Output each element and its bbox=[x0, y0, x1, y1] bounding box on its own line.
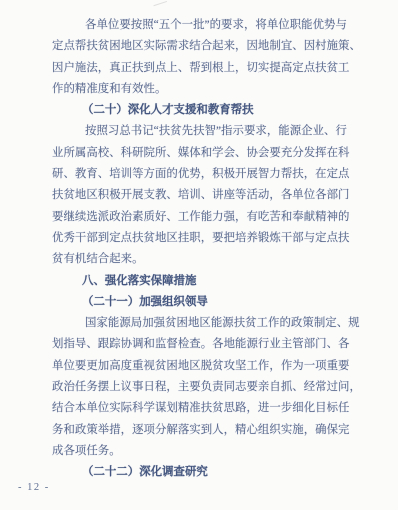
section-heading: （二十）深化人才支援和教育帮扶 bbox=[52, 100, 364, 121]
body-line: 务和政策举措，逐项分解落实到人，精心组织实施，确保完 bbox=[52, 420, 364, 441]
section-heading: （二十二）深化调查研究 bbox=[52, 462, 364, 483]
document-body: 各单位要按照“五个一批”的要求，将单位职能优势与 定点帮扶贫困地区实际需求结合起… bbox=[52, 15, 364, 484]
body-line: 研、教育、培训等方面的优势，积极开展智力帮扶，在定点 bbox=[52, 164, 364, 185]
body-line: 按照习总书记“扶贫先扶智”指示要求，能源企业、行 bbox=[52, 121, 364, 142]
section-heading: （二十一）加强组织领导 bbox=[52, 292, 364, 313]
body-line: 要继续选派政治素质好、工作能力强，有吃苦和奉献精神的 bbox=[52, 207, 364, 228]
page-number: - 12 - bbox=[18, 482, 50, 493]
body-line: 定点帮扶贫困地区实际需求结合起来，因地制宜、因村施策、 bbox=[52, 36, 364, 57]
body-line: 贫有机结合起来。 bbox=[52, 249, 364, 270]
body-line: 政治任务摆上议事日程，主要负责同志要亲自抓、经常过问， bbox=[52, 377, 364, 398]
chapter-heading: 八、强化落实保障措施 bbox=[52, 271, 364, 292]
body-line: 扶贫地区积极开展支教、培训、讲座等活动，各单位各部门 bbox=[52, 185, 364, 206]
body-line: 业所属高校、科研院所、媒体和学会、协会要充分发挥在科 bbox=[52, 143, 364, 164]
body-line: 划指导、跟踪协调和监督检查。各地能源行业主管部门、各 bbox=[52, 334, 364, 355]
body-line: 各单位要按照“五个一批”的要求，将单位职能优势与 bbox=[52, 15, 364, 36]
scan-smudge-mark bbox=[153, 1, 168, 11]
body-line: 优秀干部到定点扶贫地区挂职，要把培养锻炼干部与定点扶 bbox=[52, 228, 364, 249]
body-line: 结合本单位实际科学谋划精准扶贫思路，进一步细化目标任 bbox=[52, 398, 364, 419]
body-line: 成各项任务。 bbox=[52, 441, 364, 462]
body-line: 国家能源局加强贫困地区能源扶贫工作的政策制定、规 bbox=[52, 313, 364, 334]
body-line: 作的精准度和有效性。 bbox=[52, 79, 364, 100]
document-page: 各单位要按照“五个一批”的要求，将单位职能优势与 定点帮扶贫困地区实际需求结合起… bbox=[0, 0, 398, 510]
body-line: 因户施法，真正扶到点上、帮到根上，切实提高定点扶贫工 bbox=[52, 58, 364, 79]
body-line: 单位要更加高度重视贫困地区脱贫攻坚工作，作为一项重要 bbox=[52, 356, 364, 377]
